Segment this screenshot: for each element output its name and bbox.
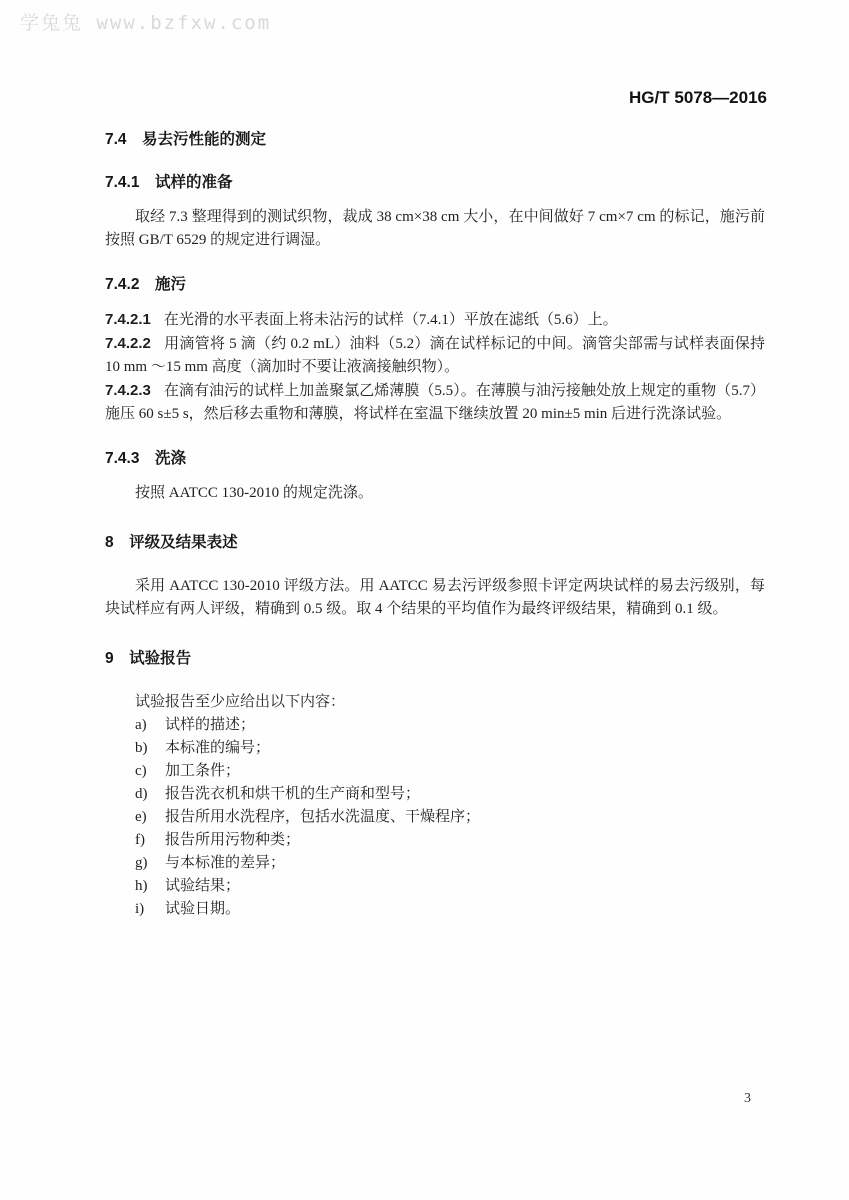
list-text: 试验结果；	[165, 878, 240, 894]
list-letter: a)	[135, 714, 165, 737]
watermark: 学兔兔 www.bzfxw.com	[20, 8, 271, 35]
list-item: a)试样的描述；	[135, 714, 765, 737]
heading-7-4: 7.4 易去污性能的测定	[105, 130, 765, 150]
list-text: 加工条件；	[165, 763, 240, 779]
list-item: g)与本标准的差异；	[135, 852, 765, 875]
list-item: b)本标准的编号；	[135, 737, 765, 760]
clause-text: 在滴有油污的试样上加盖聚氯乙烯薄膜（5.5）。在薄膜与油污接触处放上规定的重物（…	[105, 383, 765, 422]
paragraph-rating: 采用 AATCC 130-2010 评级方法。用 AATCC 易去污评级参照卡评…	[105, 575, 765, 621]
list-item: f)报告所用污物种类；	[135, 829, 765, 852]
list-letter: g)	[135, 852, 165, 875]
standard-number: HG/T 5078—2016	[629, 88, 767, 108]
list-item: h)试验结果；	[135, 875, 765, 898]
clause-number: 7.4.2.1	[105, 311, 151, 328]
list-text: 报告所用污物种类；	[165, 832, 300, 848]
clause-text: 在光滑的水平表面上将未沾污的试样（7.4.1）平放在滤纸（5.6）上。	[164, 312, 618, 328]
list-text: 报告洗衣机和烘干机的生产商和型号；	[165, 786, 420, 802]
list-item: e)报告所用水洗程序，包括水洗温度、干燥程序；	[135, 806, 765, 829]
list-text: 与本标准的差异；	[165, 855, 285, 871]
list-text: 报告所用水洗程序，包括水洗温度、干燥程序；	[165, 809, 480, 825]
page-number: 3	[744, 1091, 751, 1107]
heading-7-4-3: 7.4.3 洗涤	[105, 449, 765, 469]
clause-7-4-2-1: 7.4.2.1在光滑的水平表面上将未沾污的试样（7.4.1）平放在滤纸（5.6）…	[105, 308, 765, 332]
clause-text: 用滴管将 5 滴（约 0.2 mL）油料（5.2）滴在试样标记的中间。滴管尖部需…	[105, 336, 765, 375]
list-letter: f)	[135, 829, 165, 852]
paragraph-report-intro: 试验报告至少应给出以下内容：	[105, 691, 765, 714]
paragraph-specimen-preparation: 取经 7.3 整理得到的测试织物，裁成 38 cm×38 cm 大小，在中间做好…	[105, 206, 765, 252]
heading-7-4-2: 7.4.2 施污	[105, 275, 765, 295]
list-text: 试验日期。	[165, 901, 240, 917]
document-page: 学兔兔 www.bzfxw.com HG/T 5078—2016 7.4 易去污…	[0, 0, 849, 1200]
report-list: a)试样的描述； b)本标准的编号； c)加工条件； d)报告洗衣机和烘干机的生…	[105, 714, 765, 921]
list-text: 试样的描述；	[165, 717, 255, 733]
heading-9: 9 试验报告	[105, 649, 765, 669]
list-item: i)试验日期。	[135, 898, 765, 921]
list-letter: b)	[135, 737, 165, 760]
paragraph-washing: 按照 AATCC 130-2010 的规定洗涤。	[105, 482, 765, 505]
heading-8: 8 评级及结果表述	[105, 533, 765, 553]
list-letter: e)	[135, 806, 165, 829]
list-text: 本标准的编号；	[165, 740, 270, 756]
clause-7-4-2-2: 7.4.2.2用滴管将 5 滴（约 0.2 mL）油料（5.2）滴在试样标记的中…	[105, 332, 765, 379]
list-item: d)报告洗衣机和烘干机的生产商和型号；	[135, 783, 765, 806]
clause-7-4-2-3: 7.4.2.3在滴有油污的试样上加盖聚氯乙烯薄膜（5.5）。在薄膜与油污接触处放…	[105, 379, 765, 426]
list-letter: c)	[135, 760, 165, 783]
list-letter: d)	[135, 783, 165, 806]
list-item: c)加工条件；	[135, 760, 765, 783]
clause-number: 7.4.2.2	[105, 335, 151, 352]
list-letter: i)	[135, 898, 165, 921]
clause-number: 7.4.2.3	[105, 382, 151, 399]
document-body: 7.4 易去污性能的测定 7.4.1 试样的准备 取经 7.3 整理得到的测试织…	[105, 130, 765, 921]
heading-7-4-1: 7.4.1 试样的准备	[105, 173, 765, 193]
list-letter: h)	[135, 875, 165, 898]
